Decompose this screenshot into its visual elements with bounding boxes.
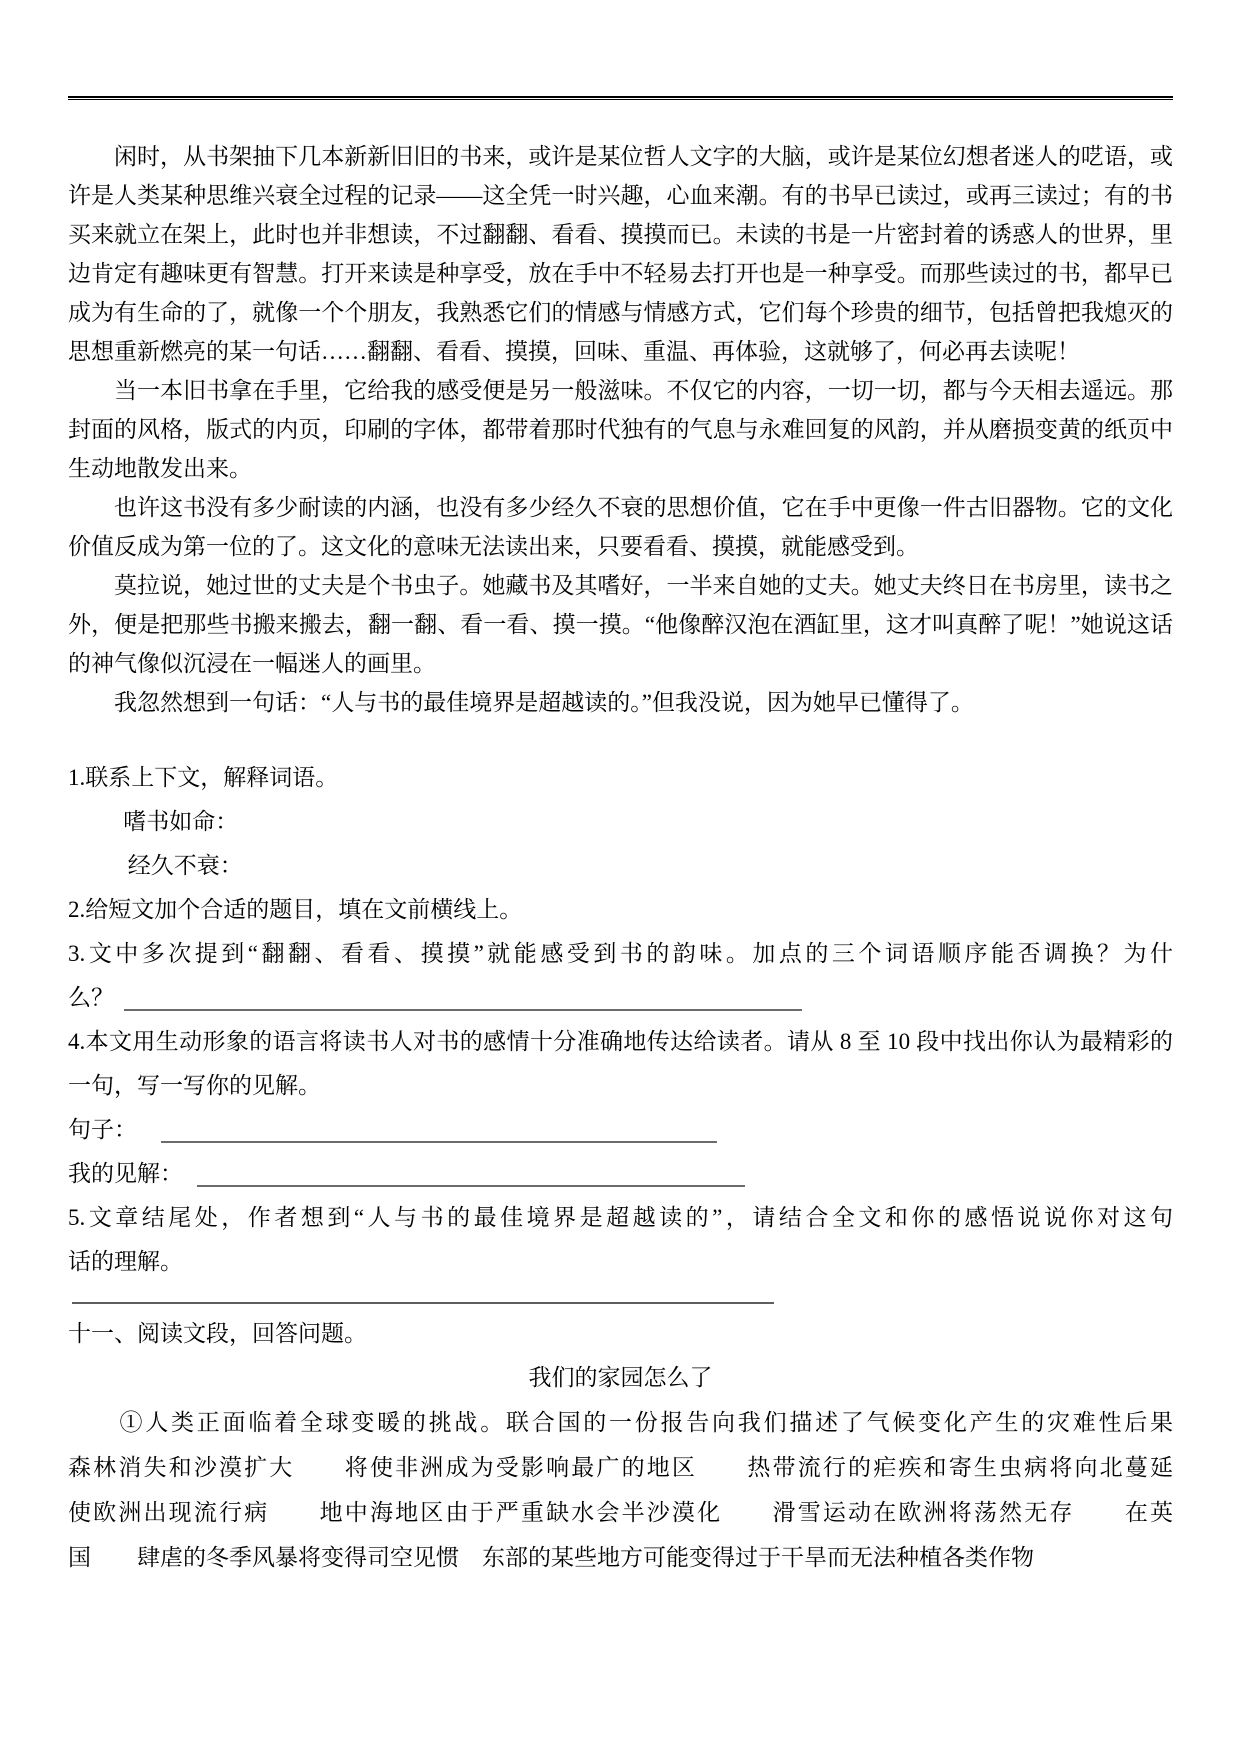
passage-paragraph-4: 莫拉说，她过世的丈夫是个书虫子。她藏书及其嗜好，一半来自她的丈夫。她丈夫终日在书… <box>68 566 1173 683</box>
answer-blank-opinion <box>197 1165 745 1187</box>
climate-paragraph-line-4: 国 肆虐的冬季风暴将变得司空见惯 东部的某些地方可能变得过于干旱而无法种植各类作… <box>68 1535 1173 1580</box>
reading-passage: 闲时，从书架抽下几本新新旧旧的书来，或许是某位哲人文字的大脑，或许是某位幻想者迷… <box>68 137 1173 722</box>
climate-paragraph: ①人类正面临着全球变暖的挑战。联合国的一份报告向我们描述了气候变化产生的灾难性后… <box>68 1400 1173 1580</box>
question-1-term-jingjiubushuai: 经久不衰： <box>68 844 1173 888</box>
climate-paragraph-line-1: ①人类正面临着全球变暖的挑战。联合国的一份报告向我们描述了气候变化产生的灾难性后… <box>68 1400 1173 1445</box>
passage-paragraph-2: 当一本旧书拿在手里，它给我的感受便是另一般滋味。不仅它的内容，一切一切，都与今天… <box>68 371 1173 488</box>
passage-paragraph-1: 闲时，从书架抽下几本新新旧旧的书来，或许是某位哲人文字的大脑，或许是某位幻想者迷… <box>68 137 1173 371</box>
header-rule <box>68 96 1173 100</box>
answer-row-opinion: 我的见解： <box>68 1152 1173 1196</box>
question-1-term-shishuruming: 嗜书如命： <box>68 800 1173 844</box>
answer-label-opinion: 我的见解： <box>68 1161 183 1186</box>
passage-paragraph-3: 也许这书没有多少耐读的内涵，也没有多少经久不衰的思想价值，它在手中更像一件古旧器… <box>68 488 1173 566</box>
answer-row-sentence: 句子： <box>68 1108 1173 1152</box>
passage-title: 我们的家园怎么了 <box>68 1356 1173 1400</box>
climate-paragraph-line-2: 森林消失和沙漠扩大 将使非洲成为受影响最广的地区 热带流行的疟疾和寄生虫病将向北… <box>68 1445 1173 1490</box>
passage-paragraph-5: 我忽然想到一句话：“人与书的最佳境界是超越读的。”但我没说，因为她早已懂得了。 <box>68 683 1173 722</box>
question-3-line1: 3.文中多次提到“翻翻、看看、摸摸”就能感受到书的韵味。加点的三个词语顺序能否调… <box>68 932 1173 976</box>
answer-blank-q3 <box>124 989 802 1011</box>
question-5-line1: 5.文章结尾处，作者想到“人与书的最佳境界是超越读的”，请结合全文和你的感悟说说… <box>68 1196 1173 1240</box>
answer-blank-standalone <box>72 1302 774 1304</box>
question-section: 1.联系上下文，解释词语。 嗜书如命： 经久不衰： 2.给短文加个合适的题目，填… <box>68 756 1173 1304</box>
question-2: 2.给短文加个合适的题目，填在文前横线上。 <box>68 888 1173 932</box>
question-5-line2: 话的理解。 <box>68 1240 1173 1284</box>
question-3-line2: 么？ <box>68 976 1173 1020</box>
question-1: 1.联系上下文，解释词语。 <box>68 756 1173 800</box>
answer-label-sentence: 句子： <box>68 1117 137 1142</box>
answer-blank-sentence <box>161 1121 717 1143</box>
question-4: 4.本文用生动形象的语言将读书人对书的感情十分准确地传达给读者。请从 8 至 1… <box>68 1020 1173 1108</box>
page-content: 闲时，从书架抽下几本新新旧旧的书来，或许是某位哲人文字的大脑，或许是某位幻想者迷… <box>0 96 1241 1580</box>
section-eleven-heading: 十一、阅读文段，回答问题。 <box>68 1312 1173 1356</box>
worksheet-page: { "page": { "background": "#ffffff", "te… <box>0 0 1241 1754</box>
question-3-continuation: 么？ <box>68 985 114 1010</box>
climate-paragraph-line-3: 使欧洲出现流行病 地中海地区由于严重缺水会半沙漠化 滑雪运动在欧洲将荡然无存 在… <box>68 1490 1173 1535</box>
section-eleven: 十一、阅读文段，回答问题。 我们的家园怎么了 ①人类正面临着全球变暖的挑战。联合… <box>68 1312 1173 1580</box>
